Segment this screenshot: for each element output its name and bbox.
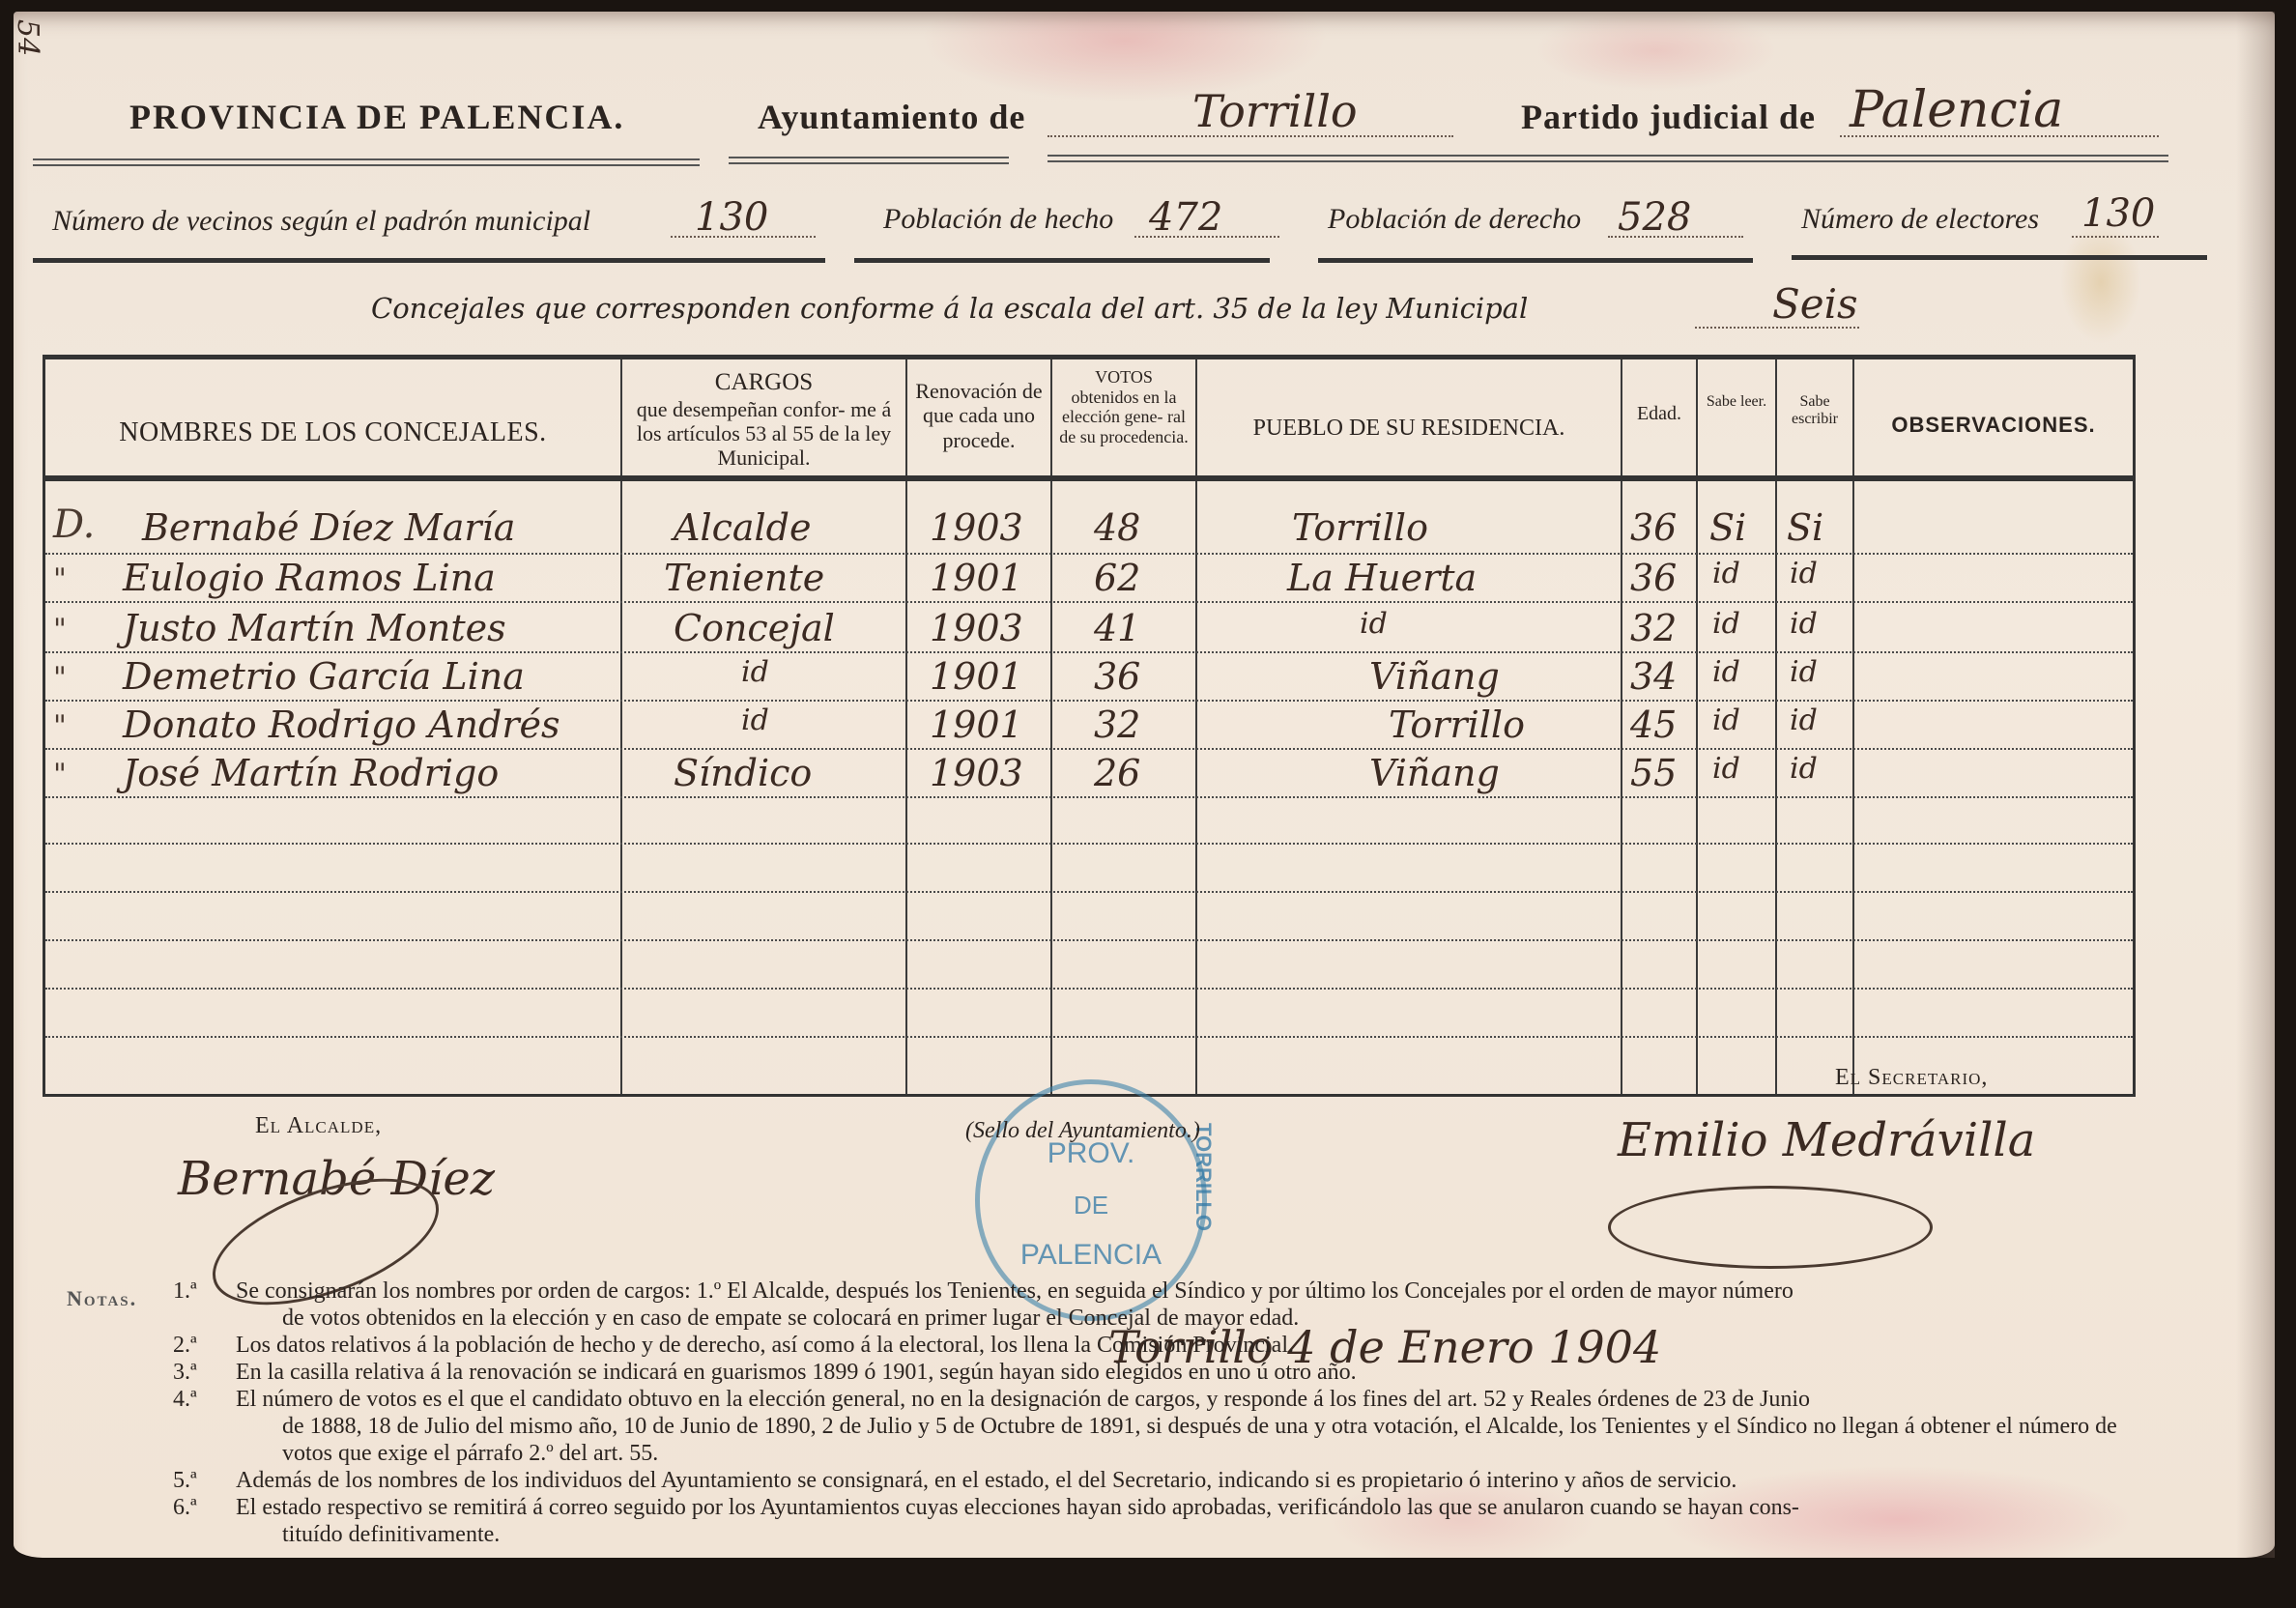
book-spine-shadow — [2236, 12, 2275, 1558]
cell-leer: Si — [1709, 506, 1746, 549]
note-number: 2.ª — [173, 1332, 197, 1359]
row-rule — [45, 939, 2133, 941]
cell-votos: 36 — [1094, 655, 1140, 698]
cell-leer: id — [1712, 557, 1740, 590]
note-text: Los datos relativos á la población de he… — [236, 1333, 1294, 1358]
row-rule — [45, 796, 2133, 798]
row-rule — [45, 748, 2133, 750]
note-number: 5.ª — [173, 1467, 197, 1494]
derecho-label: Población de derecho — [1328, 203, 1581, 236]
cell-escribir: Si — [1787, 506, 1823, 549]
double-rule — [1048, 155, 2168, 162]
cell-edad: 45 — [1630, 703, 1677, 746]
note-number: 4.ª — [173, 1386, 197, 1413]
cell-nombre: Justo Martín Montes — [123, 607, 506, 649]
cell-pueblo: Viñang — [1369, 752, 1500, 794]
cell-renovacion: 1903 — [930, 752, 1023, 794]
note-item: 3.ª En la casilla relativa á la renovaci… — [67, 1359, 2144, 1386]
cell-pueblo: Viñang — [1369, 655, 1500, 698]
cell-nombre: Donato Rodrigo Andrés — [123, 703, 560, 746]
sello-label: (Sello del Ayuntamiento.) — [965, 1118, 1200, 1144]
header-votos: VOTOS obtenidos en la elección gene- ral… — [1052, 367, 1195, 447]
row-mark: " — [53, 562, 67, 596]
double-rule — [729, 157, 1009, 164]
cell-renovacion: 1903 — [930, 506, 1023, 549]
note-item: 2.ª Los datos relativos á la población d… — [67, 1332, 2144, 1359]
electores-label: Número de electores — [1801, 203, 2039, 236]
note-text: Además de los nombres de los individuos … — [236, 1468, 1736, 1493]
vecinos-value: 130 — [695, 195, 768, 240]
secretario-label: El Secretario, — [1835, 1065, 1988, 1091]
note-continuation: de 1888, 18 de Julio del mismo año, 10 d… — [236, 1413, 2144, 1467]
note-continuation: tituído definitivamente. — [236, 1521, 2144, 1548]
row-rule — [45, 1036, 2133, 1038]
document-page: 54 PROVINCIA DE PALENCIA. Ayuntamiento d… — [14, 12, 2275, 1558]
note-text: En la casilla relativa á la renovación s… — [236, 1360, 1357, 1385]
cell-votos: 48 — [1094, 506, 1140, 549]
note-text: El estado respectivo se remitirá á corre… — [236, 1495, 1799, 1520]
concejales-escala-label: Concejales que corresponden conforme á l… — [371, 292, 1528, 325]
note-item: 5.ª Además de los nombres de los individ… — [67, 1467, 2144, 1494]
row-rule — [45, 700, 2133, 702]
cell-edad: 34 — [1630, 655, 1677, 698]
header-nombres: NOMBRES DE LOS CONCEJALES. — [45, 417, 620, 448]
column-divider — [1195, 359, 1197, 1094]
hecho-label: Población de hecho — [883, 203, 1113, 236]
column-divider — [905, 359, 907, 1094]
note-text: El número de votos es el que el candidat… — [236, 1387, 1810, 1412]
hecho-value: 472 — [1149, 195, 1222, 240]
partido-label: Partido judicial de — [1521, 97, 1816, 137]
cell-cargo: Alcalde — [674, 506, 812, 549]
cell-nombre: Bernabé Díez María — [142, 506, 515, 549]
cell-cargo: Síndico — [674, 752, 812, 794]
concejales-escala-value: Seis — [1772, 280, 1858, 328]
cell-escribir: id — [1790, 557, 1818, 590]
cell-leer: id — [1712, 703, 1740, 737]
cell-renovacion: 1901 — [930, 655, 1023, 698]
cell-votos: 26 — [1094, 752, 1140, 794]
header-observaciones: OBSERVACIONES. — [1854, 413, 2133, 437]
stamp-line2: DE — [980, 1191, 1202, 1220]
cell-renovacion: 1901 — [930, 703, 1023, 746]
row-mark: " — [53, 613, 67, 646]
header-rule — [45, 475, 2133, 481]
notes-section: Notas. 1.ª Se consignarán los nombres po… — [67, 1278, 2144, 1548]
cell-edad: 36 — [1630, 557, 1677, 599]
row-mark: " — [53, 758, 67, 791]
cell-votos: 62 — [1094, 557, 1140, 599]
note-item: 6.ª El estado respectivo se remitirá á c… — [67, 1494, 2144, 1548]
cell-escribir: id — [1790, 655, 1818, 689]
row-rule — [45, 601, 2133, 603]
note-number: 1.ª — [173, 1278, 197, 1305]
thick-rule — [33, 258, 825, 263]
column-divider — [1050, 359, 1052, 1094]
thick-rule — [1792, 255, 2207, 260]
header-cargos-sub: que desempeñan confor- me á los artículo… — [622, 397, 905, 471]
cell-escribir: id — [1790, 703, 1818, 737]
page-number: 54 — [11, 19, 44, 56]
cell-escribir: id — [1790, 752, 1818, 786]
header-edad: Edad. — [1622, 403, 1696, 425]
stamp-line3: PALENCIA — [980, 1239, 1202, 1272]
alcalde-label: El Alcalde, — [255, 1113, 382, 1139]
ayuntamiento-label: Ayuntamiento de — [758, 97, 1025, 137]
cell-edad: 55 — [1630, 752, 1677, 794]
header-cargos-title: CARGOS — [622, 369, 905, 397]
column-divider — [1696, 359, 1698, 1094]
column-divider — [1621, 359, 1622, 1094]
partido-value: Palencia — [1850, 81, 2063, 139]
header-pueblo: PUEBLO DE SU RESIDENCIA. — [1197, 416, 1621, 443]
header-votos-title: VOTOS — [1052, 367, 1195, 388]
cell-leer: id — [1712, 607, 1740, 641]
cell-pueblo: Torrillo — [1389, 703, 1525, 746]
row-rule — [45, 843, 2133, 845]
note-item: 4.ª El número de votos es el que el cand… — [67, 1386, 2144, 1467]
cell-pueblo: La Huerta — [1287, 557, 1477, 599]
note-number: 3.ª — [173, 1359, 197, 1386]
cell-cargo: Teniente — [664, 557, 824, 599]
cell-votos: 32 — [1094, 703, 1140, 746]
secretario-signature: Emilio Medrávilla — [1618, 1113, 2035, 1167]
row-rule — [45, 553, 2133, 555]
header-renovacion: Renovación de que cada uno procede. — [907, 379, 1050, 452]
header-votos-sub: obtenidos en la elección gene- ral de su… — [1052, 388, 1195, 447]
cell-nombre: Eulogio Ramos Lina — [123, 557, 496, 599]
column-divider — [1775, 359, 1777, 1094]
cell-nombre: Demetrio García Lina — [123, 655, 525, 698]
electores-dotted-line — [2072, 236, 2159, 238]
row-mark: D. — [53, 502, 95, 547]
row-mark: " — [53, 709, 67, 743]
provincia-title: PROVINCIA DE PALENCIA. — [129, 97, 624, 137]
cell-leer: id — [1712, 655, 1740, 689]
row-rule — [45, 651, 2133, 653]
note-number: 6.ª — [173, 1494, 197, 1521]
cell-escribir: id — [1790, 607, 1818, 641]
row-rule — [45, 988, 2133, 990]
ayuntamiento-value: Torrillo — [1192, 85, 1358, 137]
secretario-flourish — [1608, 1186, 1933, 1269]
note-continuation: de votos obtenidos en la elección y en c… — [236, 1305, 2144, 1332]
header-sabe-leer: Sabe leer. — [1698, 393, 1775, 411]
cell-renovacion: 1901 — [930, 557, 1023, 599]
note-item: 1.ª Se consignarán los nombres por orden… — [67, 1278, 2144, 1332]
cell-renovacion: 1903 — [930, 607, 1023, 649]
concejales-table: NOMBRES DE LOS CONCEJALES. CARGOS que de… — [43, 355, 2136, 1097]
cell-leer: id — [1712, 752, 1740, 786]
column-divider — [1852, 359, 1854, 1094]
cell-edad: 36 — [1630, 506, 1677, 549]
vecinos-label: Número de vecinos según el padrón munici… — [52, 205, 590, 238]
thick-rule — [854, 258, 1270, 263]
double-rule — [33, 158, 700, 166]
cell-nombre: José Martín Rodrigo — [123, 752, 499, 794]
note-text: Se consignarán los nombres por orden de … — [236, 1278, 1794, 1304]
cell-cargo: id — [741, 655, 769, 689]
cell-cargo: id — [741, 703, 769, 737]
header-sabe-escribir: Sabe escribir — [1777, 393, 1852, 429]
thick-rule — [1318, 258, 1753, 263]
row-rule — [45, 891, 2133, 893]
cell-cargo: Concejal — [674, 607, 835, 649]
electores-value: 130 — [2081, 191, 2155, 236]
derecho-value: 528 — [1618, 195, 1691, 240]
cell-votos: 41 — [1094, 607, 1140, 649]
row-mark: " — [53, 661, 67, 695]
cell-pueblo: id — [1360, 607, 1388, 641]
cell-pueblo: Torrillo — [1292, 506, 1428, 549]
header-cargos: CARGOS que desempeñan confor- me á los a… — [622, 369, 905, 471]
cell-edad: 32 — [1630, 607, 1677, 649]
